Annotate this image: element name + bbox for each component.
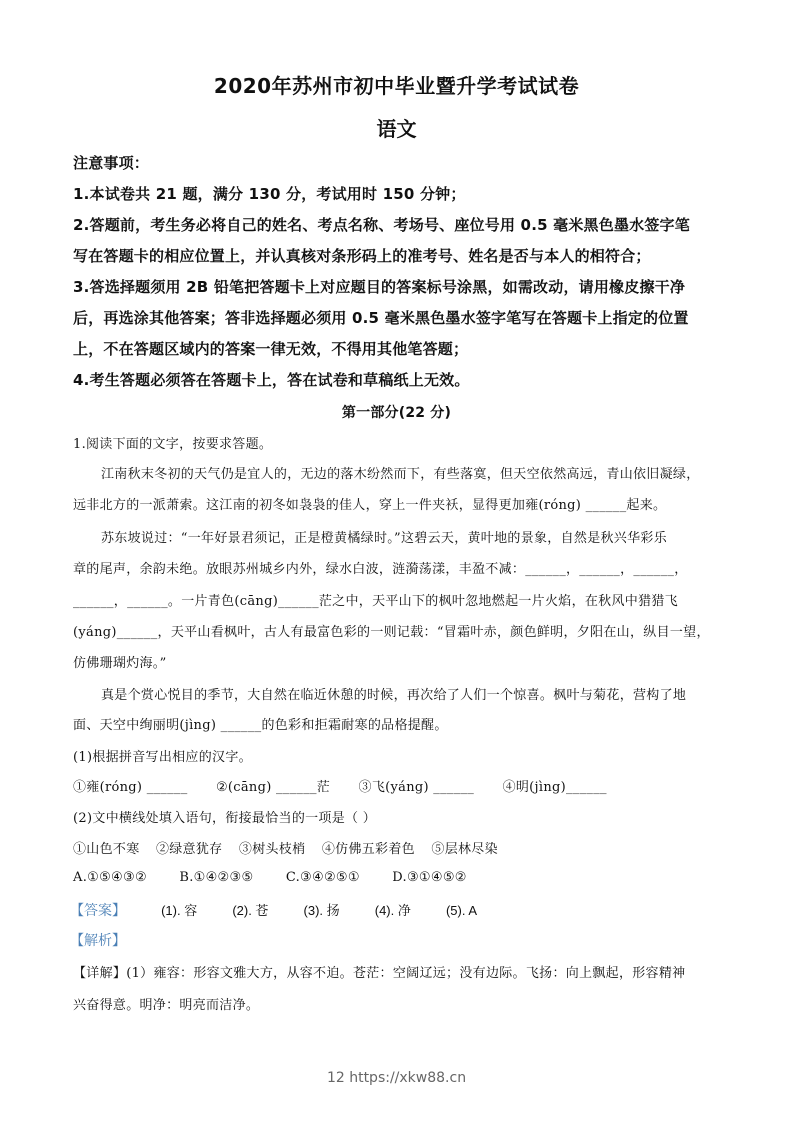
passage-line: 苏东坡说过：“一年好景君须记，正是橙黄橘绿时。”这碧云天，黄叶地的景象，自然是秋… — [101, 527, 667, 546]
passage-line: (yáng)______，天平山看枫叶，古人有最富色彩的一则记载：“冒霜叶赤，颜… — [73, 621, 710, 640]
passage-line: 面、天空中绚丽明(jìng) ______的色彩和拒霜耐寒的品格提醒。 — [73, 714, 448, 733]
subject-title: 语文 — [0, 113, 793, 142]
passage-line: ______，______。一片青色(cāng)______茫之中，天平山下的枫… — [73, 590, 678, 609]
choice-d: D.③①④⑤② — [392, 870, 466, 885]
notes-line: 3.答选择题须用 2B 铅笔把答题卡上对应题目的答案标号涂黑，如需改动，请用橡皮… — [73, 276, 685, 297]
analysis-label: 【解析】 — [70, 930, 126, 950]
analysis-detail: 【详解】(1）雍容：形容文雅大方，从容不迫。苍茫：空阔辽远；没有边际。飞扬：向上… — [73, 962, 685, 981]
pinyin-item: ①雍(róng) ______ — [73, 776, 188, 795]
passage-line: 远非北方的一派萧索。这江南的初冬如袅袅的佳人，穿上一件夹袄，显得更加雍(róng… — [73, 494, 666, 513]
analysis-detail: 兴奋得意。明净：明亮而洁净。 — [73, 994, 259, 1013]
phrase-options: ①山色不寒 ②绿意犹存 ③树头枝梢 ④仿佛五彩着色 ⑤层林尽染 — [73, 838, 510, 857]
phrase-option: ③树头枝梢 — [239, 838, 306, 857]
passage-line: 江南秋末冬初的天气仍是宜人的，无边的落木纷然而下，有些落寞，但天空依然高远，青山… — [101, 463, 700, 482]
choice-options: A.①⑤④③② B.①④②③⑤ C.③④②⑤① D.③①④⑤② — [73, 870, 495, 885]
phrase-option: ①山色不寒 — [73, 838, 140, 857]
answer-item: (3). 扬 — [304, 900, 340, 919]
answer-label: 【答案】 — [70, 903, 126, 919]
notes-line: 写在答题卡的相应位置上，并认真核对条形码上的准考号、姓名是否与本人的相符合； — [73, 245, 651, 266]
pinyin-item: ②(cāng) ______茫 — [216, 776, 330, 795]
answer-item: (2). 苍 — [232, 900, 268, 919]
passage-line: 章的尾声，余韵未绝。放眼苏州城乡内外，绿水白波，涟漪荡漾，丰盈不减：______… — [73, 558, 688, 577]
phrase-option: ⑤层林尽染 — [431, 838, 498, 857]
phrase-option: ④仿佛五彩着色 — [322, 838, 415, 857]
notes-line: 上，不在答题区域内的答案一律无效，不得用其他笔答题； — [73, 338, 468, 359]
answer-item: (5). A — [446, 903, 477, 918]
phrase-option: ②绿意犹存 — [156, 838, 223, 857]
answer-item: (4). 净 — [375, 900, 411, 919]
choice-b: B.①④②③⑤ — [179, 870, 253, 885]
section-title: 第一部分(22 分) — [0, 402, 793, 422]
page-footer: 12 https://xkw88.cn — [0, 1070, 793, 1086]
notes-line: 后，再选涂其他答案；答非选择题必须用 0.5 毫米黑色墨水签字笔写在答题卡上指定… — [73, 307, 689, 328]
choice-a: A.①⑤④③② — [73, 870, 147, 885]
notes-line: 2.答题前，考生务必将自己的姓名、考点名称、考场号、座位号用 0.5 毫米黑色墨… — [73, 214, 690, 235]
notes-line: 1.本试卷共 21 题，满分 130 分，考试用时 150 分钟； — [73, 183, 466, 204]
passage-line: 真是个赏心悦目的季节，大自然在临近休憩的时候，再次给了人们一个惊喜。枫叶与菊花，… — [101, 684, 686, 703]
notes-line: 4.考生答题必须答在答题卡上，答在试卷和草稿纸上无效。 — [73, 369, 470, 390]
notes-heading: 注意事项： — [73, 152, 149, 173]
pinyin-items: ①雍(róng) ______ ②(cāng) ______茫 ③飞(yáng)… — [73, 776, 631, 795]
answer-item: (1). 容 — [161, 900, 197, 919]
exam-page: 2020年苏州市初中毕业暨升学考试试卷 语文 注意事项： 1.本试卷共 21 题… — [0, 0, 793, 1122]
question-prompt: 1.阅读下面的文字，按要求答题。 — [73, 433, 272, 452]
pinyin-item: ③飞(yáng) ______ — [359, 776, 475, 795]
sub-question-2-prompt: (2)文中横线处填入语句，衔接最恰当的一项是（ ） — [73, 807, 376, 826]
exam-title: 2020年苏州市初中毕业暨升学考试试卷 — [0, 70, 793, 99]
pinyin-item: ④明(jìng)______ — [503, 776, 607, 795]
sub-question-1-prompt: (1)根据拼音写出相应的汉字。 — [73, 746, 252, 765]
passage-line: 仿佛珊瑚灼海。” — [73, 652, 167, 671]
answer-row: 【答案】 (1). 容 (2). 苍 (3). 扬 (4). 净 (5). A — [70, 900, 477, 920]
choice-c: C.③④②⑤① — [286, 870, 360, 885]
